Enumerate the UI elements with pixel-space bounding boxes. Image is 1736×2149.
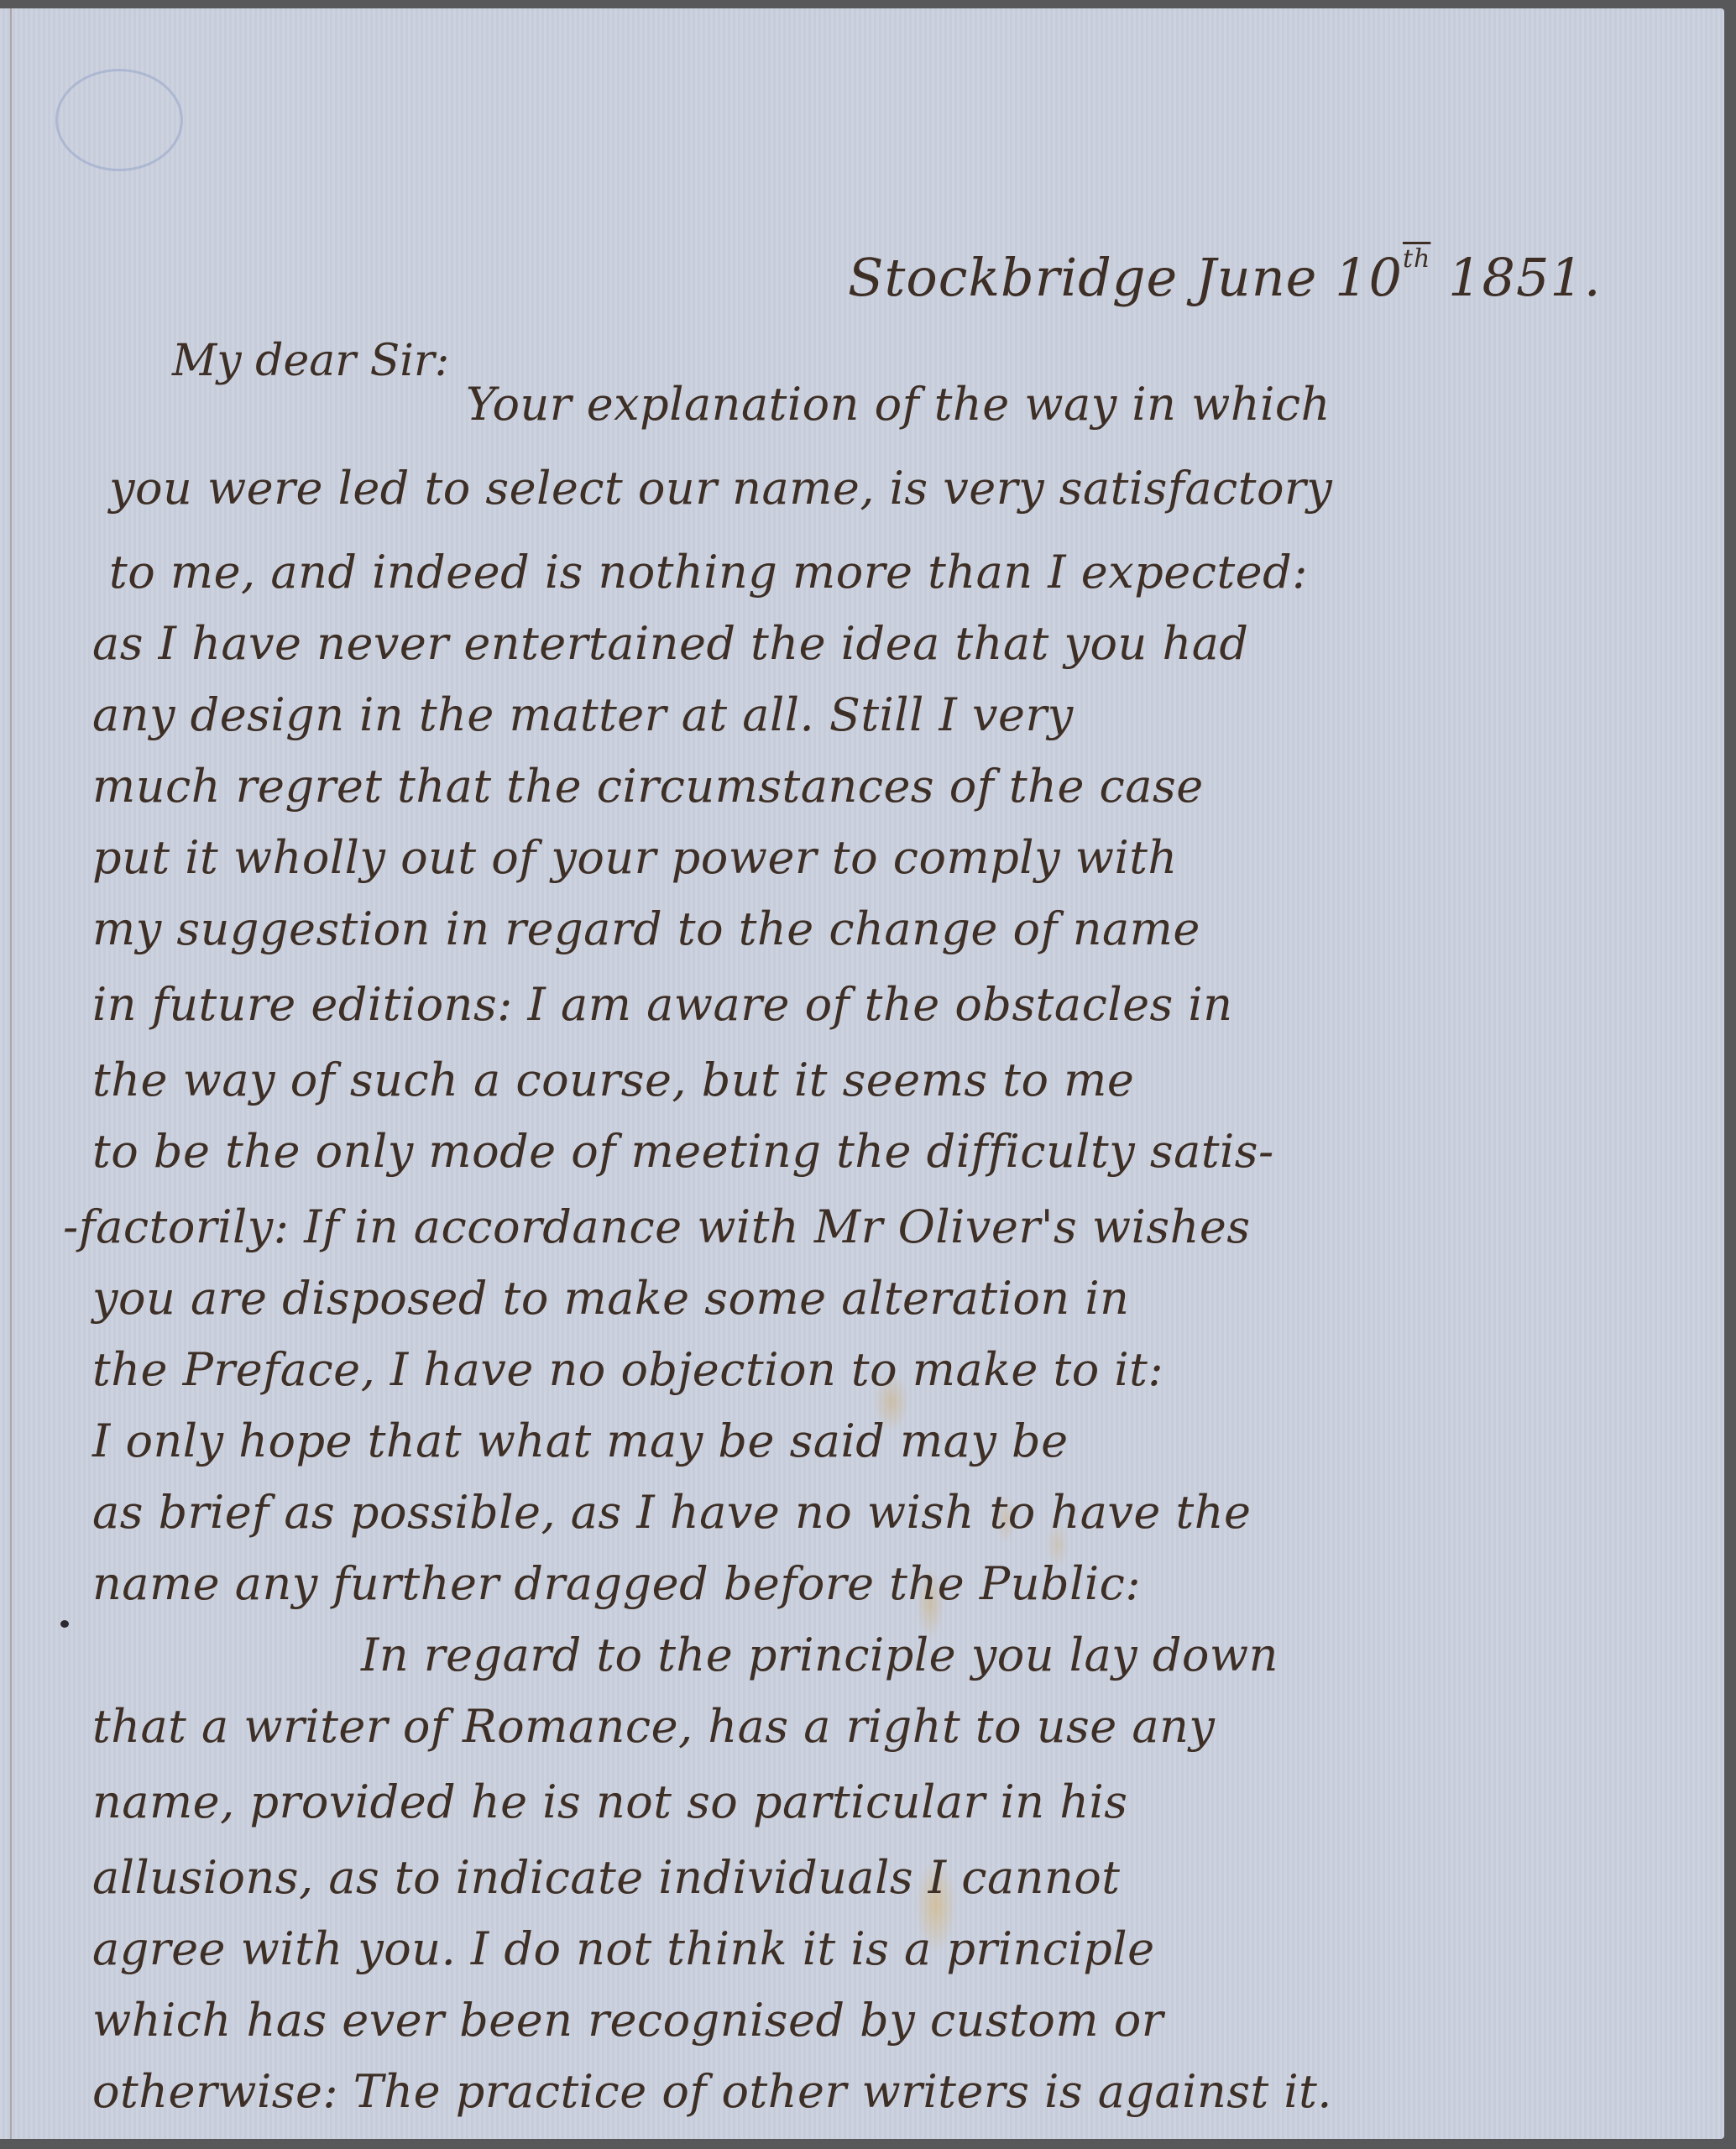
letter-line: you were led to select our name, is very… bbox=[109, 466, 1332, 511]
letter-line: agree with you. I do not think it is a p… bbox=[92, 1927, 1155, 1972]
letter-line: as brief as possible, as I have no wish … bbox=[92, 1490, 1251, 1535]
letter-line: to be the only mode of meeting the diffi… bbox=[92, 1129, 1274, 1174]
letter-line: otherwise: The practice of other writers… bbox=[92, 2069, 1332, 2115]
letter-page: Stockbridge June 10th 1851. My dear Sir:… bbox=[0, 8, 1724, 2139]
letter-line: as I have never entertained the idea tha… bbox=[92, 621, 1248, 667]
letter-line: any design in the matter at all. Still I… bbox=[92, 693, 1074, 738]
date-suffix: th bbox=[1403, 244, 1430, 274]
letter-line: much regret that the circumstances of th… bbox=[92, 764, 1204, 809]
fold-line bbox=[10, 8, 12, 2139]
letter-line: I only hope that what may be said may be bbox=[92, 1419, 1069, 1464]
letter-line: name any further dragged before the Publ… bbox=[92, 1561, 1141, 1607]
letter-line: my suggestion in regard to the change of… bbox=[92, 907, 1200, 952]
letter-line: In regard to the principle you lay down bbox=[361, 1633, 1278, 1678]
letter-line: that a writer of Romance, has a right to… bbox=[92, 1704, 1215, 1749]
letter-dateline: Stockbridge June 10th 1851. bbox=[848, 252, 1602, 304]
salutation: My dear Sir: bbox=[172, 339, 449, 383]
letter-line: in future editions: I am aware of the ob… bbox=[92, 982, 1232, 1027]
letter-line: which has ever been recognised by custom… bbox=[92, 1998, 1163, 2043]
date: June 10 bbox=[1195, 247, 1403, 308]
letter-line: to me, and indeed is nothing more than I… bbox=[109, 550, 1308, 595]
place: Stockbridge bbox=[848, 247, 1178, 308]
letter-line: Your explanation of the way in which bbox=[466, 382, 1331, 427]
letter-line: put it wholly out of your power to compl… bbox=[92, 835, 1178, 881]
ink-blot bbox=[60, 1620, 69, 1628]
year: 1851. bbox=[1448, 247, 1602, 308]
letter-line: allusions, as to indicate individuals I … bbox=[92, 1855, 1120, 1901]
letter-line: the way of such a course, but it seems t… bbox=[92, 1058, 1134, 1103]
letter-line: name, provided he is not so particular i… bbox=[92, 1780, 1127, 1825]
embossed-stamp-icon bbox=[55, 69, 183, 171]
letter-line: you are disposed to make some alteration… bbox=[92, 1276, 1129, 1321]
letter-line: the Preface, I have no objection to make… bbox=[92, 1347, 1163, 1393]
letter-line: -factorily: If in accordance with Mr Oli… bbox=[63, 1205, 1251, 1250]
